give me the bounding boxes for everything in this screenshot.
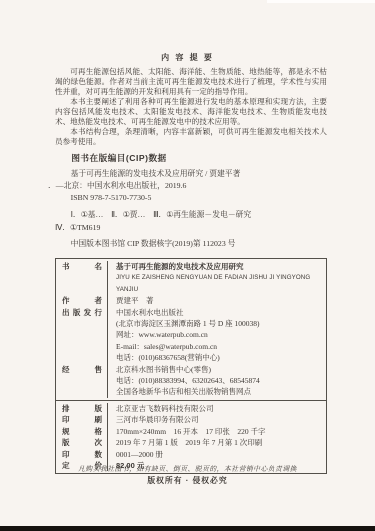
- table-row: 版次2019 年 7 月第 1 版 2019 年 7 月第 1 次印刷: [56, 437, 326, 448]
- abstract-title: 内 容 提 要: [0, 52, 375, 63]
- cip-publisher-line: ．—北京：中国水利水电出版社，2019.6: [48, 180, 327, 192]
- row-line: 2019 年 7 月第 1 版 2019 年 7 月第 1 次印刷: [116, 437, 322, 448]
- scan-edge-bottom: [0, 526, 375, 531]
- row-line: JIYU KE ZAISHENG NENGYUAN DE FADIAN JISH…: [116, 272, 322, 295]
- row-label: 书名: [56, 261, 107, 295]
- row-label: 经售: [56, 364, 107, 398]
- row-line: 北京亚吉飞数码科技有限公司: [116, 403, 322, 414]
- row-line: 170mm×240mm 16 开本 17 印张 220 千字: [116, 426, 322, 437]
- row-line: 电话：(010)88383994、63202643、68545874: [116, 375, 322, 386]
- row-content: 170mm×240mm 16 开本 17 印张 220 千字: [107, 426, 326, 437]
- row-line: E-mail：sales@waterpub.com.cn: [116, 341, 322, 352]
- row-content: 贾建平 著: [107, 295, 326, 306]
- abstract-paragraphs: 可再生能源包括风能、太阳能、海洋能、生物质能、地热能等，都是永不枯竭的绿色能源。…: [55, 67, 327, 147]
- table-row: 出版发行中国水利水电出版社(北京市海淀区玉渊潭南路 1 号 D 座 100038…: [56, 307, 326, 364]
- replacement-notice: 凡购买我社图书，如有缺页、倒页、脱页的，本社营销中心负责调换: [0, 463, 375, 473]
- colophon-section: 书名基于可再生能源的发电技术及应用研究JIYU KE ZAISHENG NENG…: [56, 259, 326, 400]
- table-row: 经售北京科水图书销售中心(零售)电话：(010)88383994、6320264…: [56, 364, 326, 398]
- copyright-page: 内 容 提 要 可再生能源包括风能、太阳能、海洋能、生物质能、地热能等，都是永不…: [0, 0, 375, 531]
- row-content: 2019 年 7 月第 1 版 2019 年 7 月第 1 次印刷: [107, 437, 326, 448]
- row-label: 版次: [56, 437, 107, 448]
- row-content: 基于可再生能源的发电技术及应用研究JIYU KE ZAISHENG NENGYU…: [107, 261, 326, 295]
- row-label: 规格: [56, 426, 107, 437]
- row-line: 全国各地新华书店和相关出版物销售网点: [116, 386, 322, 397]
- table-row: 作者贾建平 著: [56, 295, 326, 306]
- row-content: 三河市华晨印务有限公司: [107, 414, 326, 425]
- row-line: 电话：(010)68367658(营销中心): [116, 352, 322, 363]
- table-row: 排版北京亚吉飞数码科技有限公司: [56, 403, 326, 414]
- cip-title-line: 基于可再生能源的发电技术及应用研究 / 贾建平著: [55, 168, 327, 180]
- row-label: 作者: [56, 295, 107, 306]
- row-line: (北京市海淀区玉渊潭南路 1 号 D 座 100038): [116, 318, 322, 329]
- abstract-paragraph: 本书结构合理，条理清晰，内容丰富新颖，可供可再生能源发电相关技术人员参考使用。: [55, 127, 327, 147]
- cip-classification-line2: Ⅳ．①TM619: [55, 221, 327, 234]
- row-label: 印数: [56, 449, 107, 460]
- cip-record-line: 中国版本图书馆 CIP 数据核字(2019)第 112023 号: [55, 238, 327, 250]
- abstract-paragraph: 本书主要阐述了利用各种可再生能源进行发电的基本原理和实现方法，主要内容包括风能发…: [55, 97, 327, 127]
- table-row: 规格170mm×240mm 16 开本 17 印张 220 千字: [56, 426, 326, 437]
- scan-edge-top: [267, 0, 375, 3]
- row-label: 排版: [56, 403, 107, 414]
- cip-classification-line1: Ⅰ．①基… Ⅱ．①贾… Ⅲ．①再生能源－发电－研究: [55, 209, 327, 221]
- row-line: 贾建平 著: [116, 295, 322, 306]
- colophon-table: 书名基于可再生能源的发电技术及应用研究JIYU KE ZAISHENG NENG…: [55, 258, 327, 474]
- row-label: 印刷: [56, 414, 107, 425]
- row-content: 0001—2000 册: [107, 449, 326, 460]
- row-line: 北京科水图书销售中心(零售): [116, 364, 322, 375]
- row-line: 0001—2000 册: [116, 449, 322, 460]
- cip-isbn-line: ISBN 978-7-5170-7730-5: [55, 192, 327, 204]
- cip-heading: 图书在版编目(CIP)数据: [55, 152, 327, 164]
- table-row: 书名基于可再生能源的发电技术及应用研究JIYU KE ZAISHENG NENG…: [56, 261, 326, 295]
- cip-block: 基于可再生能源的发电技术及应用研究 / 贾建平著 ．—北京：中国水利水电出版社，…: [55, 168, 327, 250]
- row-content: 中国水利水电出版社(北京市海淀区玉渊潭南路 1 号 D 座 100038)网址：…: [107, 307, 326, 364]
- row-line: 网址：www.waterpub.com.cn: [116, 329, 322, 340]
- row-line: 基于可再生能源的发电技术及应用研究: [116, 261, 322, 272]
- abstract-paragraph: 可再生能源包括风能、太阳能、海洋能、生物质能、地热能等，都是永不枯竭的绿色能源。…: [55, 67, 327, 97]
- table-row: 印刷三河市华晨印务有限公司: [56, 414, 326, 425]
- copyright-notice: 版权所有 · 侵权必究: [0, 475, 375, 486]
- row-content: 北京科水图书销售中心(零售)电话：(010)88383994、63202643、…: [107, 364, 326, 398]
- row-line: 三河市华晨印务有限公司: [116, 414, 322, 425]
- row-label: 出版发行: [56, 307, 107, 364]
- table-row: 印数0001—2000 册: [56, 449, 326, 460]
- row-line: 中国水利水电出版社: [116, 307, 322, 318]
- row-content: 北京亚吉飞数码科技有限公司: [107, 403, 326, 414]
